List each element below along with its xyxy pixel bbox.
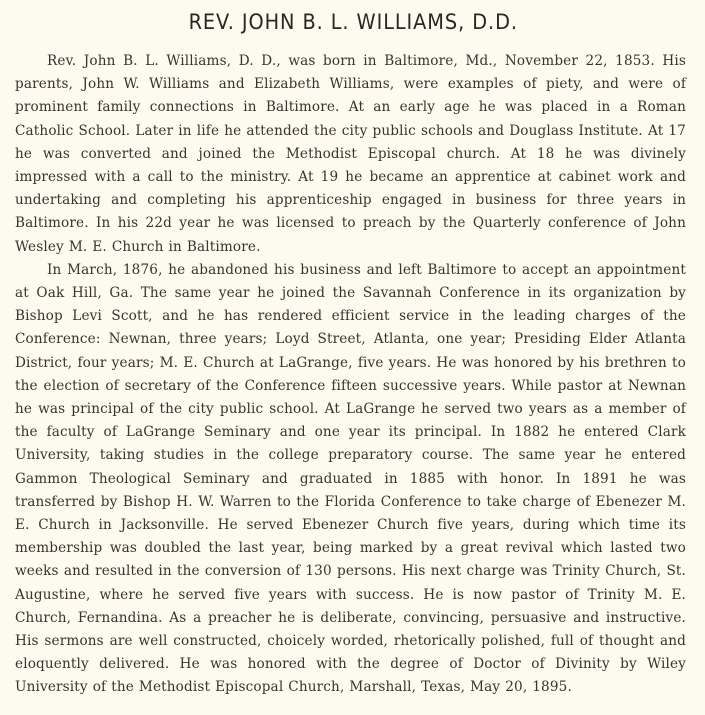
- paragraph-early-life: Rev. John B. L. Williams, D. D., was bor…: [15, 50, 686, 259]
- page-title: REV. JOHN B. L. WILLIAMS, D.D.: [42, 7, 659, 37]
- paragraph-ministry-career: In March, 1876, he abandoned his busines…: [15, 259, 686, 700]
- document-page: REV. JOHN B. L. WILLIAMS, D.D. Rev. John…: [0, 0, 705, 715]
